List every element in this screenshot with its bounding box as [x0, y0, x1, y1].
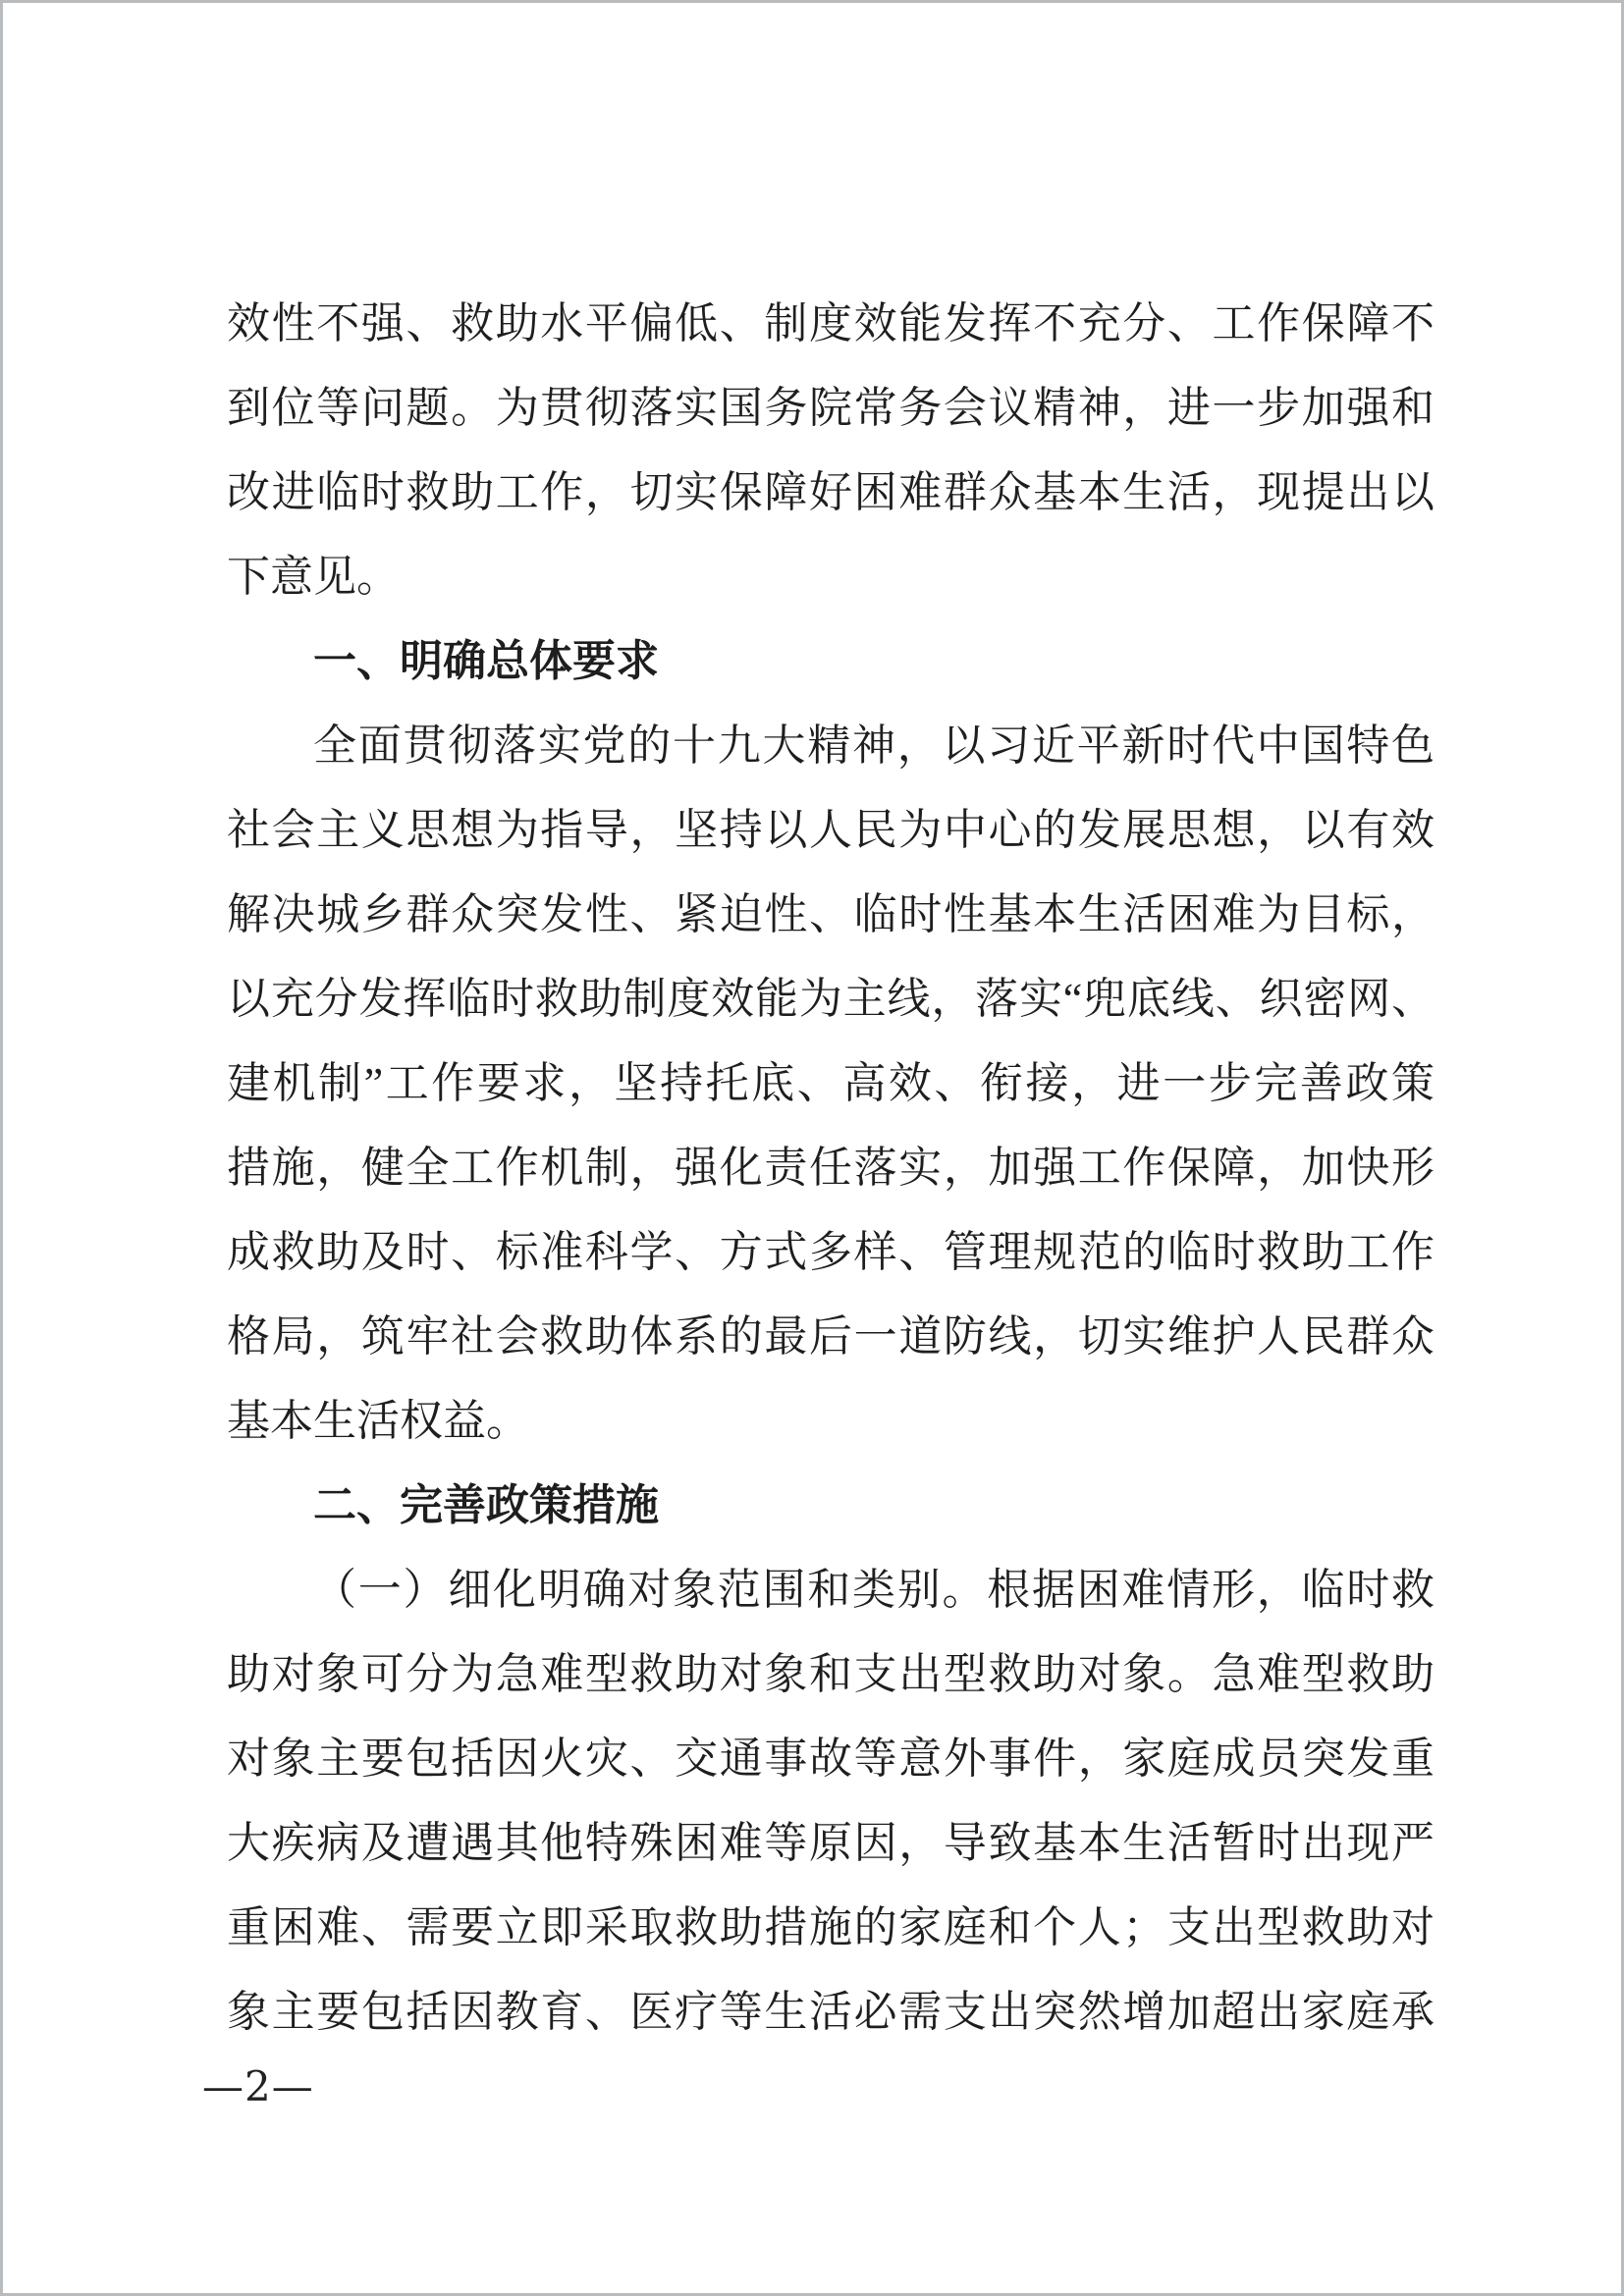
text-line: 以充分发挥临时救助制度效能为主线，落实“兜底线、织密网、 — [227, 957, 1435, 1041]
text-line: 重困难、需要立即采取救助措施的家庭和个人；支出型救助对 — [227, 1886, 1435, 1970]
text-line: 大疾病及遭遇其他特殊困难等原因，导致基本生活暂时出现严 — [227, 1801, 1435, 1886]
text-line: 解决城乡群众突发性、紧迫性、临时性基本生活困难为目标， — [227, 873, 1435, 957]
section-heading: 二、完善政策措施 — [227, 1464, 1435, 1548]
text-column: 效性不强、救助水平偏低、制度效能发挥不充分、工作保障不到位等问题。为贯彻落实国务… — [227, 282, 1435, 2055]
text-line: 象主要包括因教育、医疗等生活必需支出突然增加超出家庭承 — [227, 1970, 1435, 2055]
text-line: 格局，筑牢社会救助体系的最后一道防线，切实维护人民群众 — [227, 1295, 1435, 1379]
text-line: 效性不强、救助水平偏低、制度效能发挥不充分、工作保障不 — [227, 282, 1435, 366]
document-page: 效性不强、救助水平偏低、制度效能发挥不充分、工作保障不到位等问题。为贯彻落实国务… — [0, 0, 1624, 2296]
text-line: 下意见。 — [227, 535, 1435, 619]
text-line: 改进临时救助工作，切实保障好困难群众基本生活，现提出以 — [227, 451, 1435, 535]
text-line: 对象主要包括因火灾、交通事故等意外事件，家庭成员突发重 — [227, 1717, 1435, 1801]
text-line: 成救助及时、标准科学、方式多样、管理规范的临时救助工作 — [227, 1210, 1435, 1295]
text-line: 措施，健全工作机制，强化责任落实，加强工作保障，加快形 — [227, 1126, 1435, 1210]
text-line: 助对象可分为急难型救助对象和支出型救助对象。急难型救助 — [227, 1632, 1435, 1717]
text-line: 全面贯彻落实党的十九大精神，以习近平新时代中国特色 — [227, 704, 1435, 788]
text-line: 基本生活权益。 — [227, 1379, 1435, 1464]
text-line: 到位等问题。为贯彻落实国务院常务会议精神，进一步加强和 — [227, 366, 1435, 451]
text-line: 社会主义思想为指导，坚持以人民为中心的发展思想，以有效 — [227, 788, 1435, 873]
text-line: 建机制”工作要求，坚持托底、高效、衔接，进一步完善政策 — [227, 1041, 1435, 1126]
page-number: —2— — [202, 2057, 314, 2116]
section-heading: 一、明确总体要求 — [227, 619, 1435, 704]
text-line: （一）细化明确对象范围和类别。根据困难情形，临时救 — [227, 1548, 1435, 1632]
